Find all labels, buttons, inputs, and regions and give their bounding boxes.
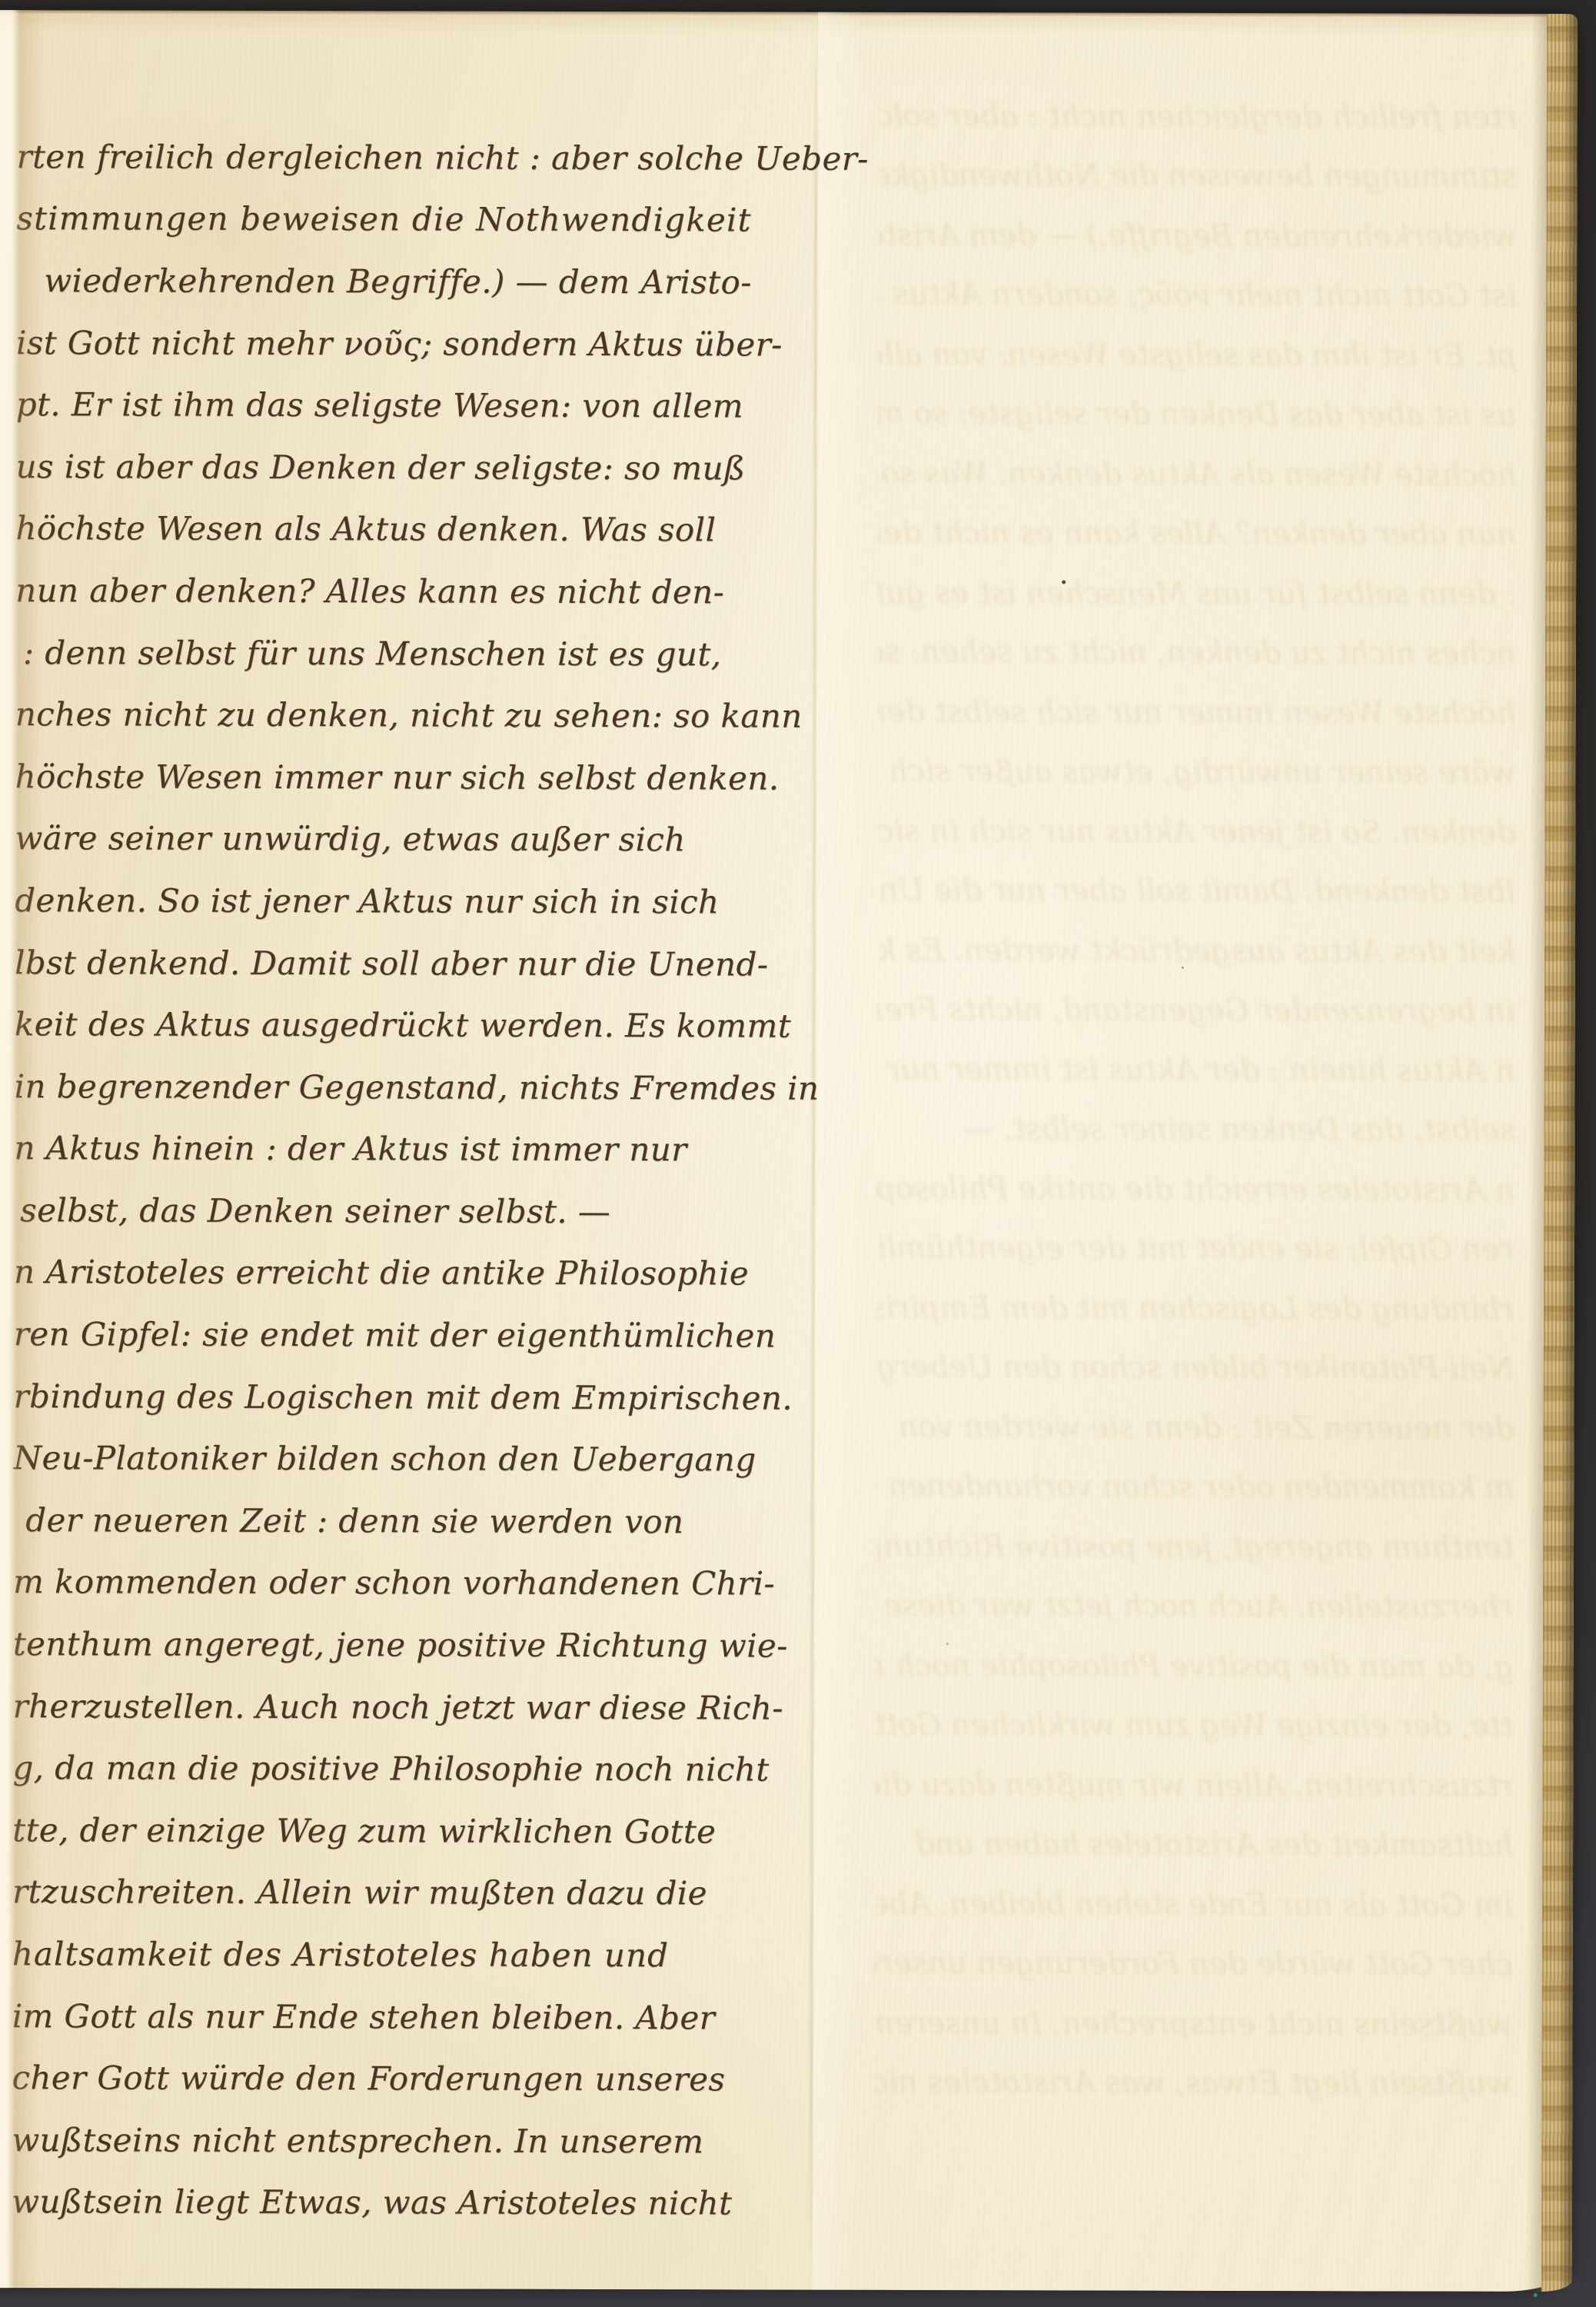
manuscript-line: keit des Aktus ausgedrückt werden. Es ko…	[15, 993, 830, 1057]
manuscript-line: ren Gipfel: sie endet mit der eigenthüml…	[14, 1303, 829, 1367]
ink-speck	[1182, 967, 1184, 969]
show-through-line: nun aber denken? Alles kann es nicht den…	[878, 503, 1516, 564]
show-through-line: rbindung des Logischen mit dem Empirisch…	[876, 1278, 1515, 1340]
manuscript-line: rtzuschreiten. Allein wir mußten dazu di…	[12, 1861, 827, 1925]
manuscript-line: rbindung des Logischen mit dem Empirisch…	[13, 1365, 828, 1429]
show-through-line: im Gott als nur Ende stehen bleiben. Abe…	[875, 1874, 1513, 1936]
manuscript-line: im Gott als nur Ende stehen bleiben. Abe…	[12, 1985, 827, 2049]
manuscript-line: m kommenden oder schon vorhandenen Chri-	[13, 1551, 828, 1615]
manuscript-line: rten freilich dergleichen nicht : aber s…	[16, 125, 831, 189]
show-through-line: tenthum angeregt, jene positive Richtung…	[876, 1516, 1514, 1578]
green-speck	[1534, 2293, 1538, 2297]
show-through-line: us ist aber das Denken der seligste: so …	[879, 384, 1517, 445]
show-through-ghost-text: rten freilich dergleichen nicht : aber s…	[874, 86, 1517, 2114]
manuscript-line: ist Gott nicht mehr νοῦς; sondern Aktus …	[16, 311, 831, 375]
manuscript-line: wiederkehrenden Begriffe.) — dem Aristo-	[44, 249, 831, 313]
manuscript-scan: rten freilich dergleichen nicht : aber s…	[0, 0, 1596, 2307]
show-through-line: denken. So ist jener Aktus nur sich in s…	[877, 801, 1515, 863]
manuscript-line: wußtsein liegt Etwas, was Aristoteles ni…	[12, 2171, 826, 2235]
manuscript-line: n Aktus hinein : der Aktus ist immer nur	[14, 1117, 829, 1181]
manuscript-line: lbst denkend. Damit soll aber nur die Un…	[15, 931, 830, 995]
show-through-line: rtzuschreiten. Allein wir mußten dazu di…	[875, 1755, 1513, 1816]
show-through-line: keit des Aktus ausgedrückt werden. Es ko…	[877, 920, 1515, 982]
ink-speck	[1062, 580, 1066, 584]
show-through-line: m kommenden oder schon vorhandenen Chri-	[876, 1456, 1514, 1518]
show-through-line: tte, der einzige Weg zum wirklichen Gott…	[875, 1695, 1513, 1756]
show-through-line: in begrenzender Gegenstand, nichts Fremd…	[877, 980, 1515, 1041]
show-through-line: wäre seiner unwürdig, etwas außer sich	[877, 741, 1515, 803]
manuscript-line: höchste Wesen als Aktus denken. Was soll	[15, 498, 830, 561]
manuscript-line: nches nicht zu denken, nicht zu sehen: s…	[15, 683, 830, 747]
manuscript-text-block: rten freilich dergleichen nicht : aber s…	[12, 125, 832, 2235]
manuscript-line: haltsamkeit des Aristoteles haben und	[12, 1922, 827, 1986]
manuscript-line: : denn selbst für uns Menschen ist es gu…	[23, 621, 830, 685]
manuscript-line: rherzustellen. Auch noch jetzt war diese…	[13, 1675, 828, 1739]
manuscript-line: wußtseins nicht entsprechen. In unserem	[12, 2109, 826, 2172]
show-through-line: Neu-Platoniker bilden schon den Uebergan…	[876, 1337, 1515, 1399]
manuscript-line: g, da man die positive Philosophie noch …	[12, 1737, 827, 1801]
show-through-line: wußtsein liegt Etwas, was Aristoteles ni…	[874, 2052, 1512, 2114]
gutter-shading	[0, 10, 49, 2288]
manuscript-line: nun aber denken? Alles kann es nicht den…	[15, 559, 830, 623]
show-through-line: stimmungen beweisen die Nothwendigkeit	[879, 145, 1517, 207]
show-through-line: haltsamkeit des Aristoteles haben und	[875, 1814, 1513, 1876]
show-through-line: ist Gott nicht mehr νοῦς; sondern Aktus …	[879, 265, 1517, 326]
show-through-line: g, da man die positive Philosophie noch …	[876, 1636, 1514, 1697]
ink-speck	[946, 1643, 949, 1645]
manuscript-line: pt. Er ist ihm das seligste Wesen: von a…	[16, 374, 831, 438]
fore-edge	[1541, 14, 1578, 2292]
show-through-line: n Aktus hinein : der Aktus ist immer nur	[877, 1040, 1515, 1101]
manuscript-page: rten freilich dergleichen nicht : aber s…	[0, 10, 1578, 2292]
manuscript-line: selbst, das Denken seiner selbst. —	[20, 1179, 829, 1243]
show-through-line: wiederkehrenden Begriffe.) — dem Aristo-	[879, 205, 1517, 267]
show-through-line: cher Gott würde den Forderungen unseres	[875, 1933, 1513, 1995]
show-through-line: der neueren Zeit : denn sie werden von	[876, 1397, 1514, 1459]
manuscript-line: Neu-Platoniker bilden schon den Uebergan…	[13, 1427, 828, 1491]
manuscript-line: us ist aber das Denken der seligste: so …	[15, 435, 830, 499]
show-through-line: selbst, das Denken seiner selbst. —	[876, 1099, 1515, 1160]
show-through-line: rherzustellen. Auch noch jetzt war diese…	[876, 1576, 1514, 1637]
show-through-line: höchste Wesen immer nur sich selbst denk…	[878, 682, 1516, 744]
manuscript-line: in begrenzender Gegenstand, nichts Fremd…	[14, 1055, 829, 1119]
show-through-line: : denn selbst für uns Menschen ist es gu…	[878, 563, 1516, 624]
manuscript-line: stimmungen beweisen die Nothwendigkeit	[16, 188, 831, 251]
manuscript-line: höchste Wesen immer nur sich selbst denk…	[15, 745, 830, 809]
show-through-line: lbst denkend. Damit soll aber nur die Un…	[877, 861, 1515, 922]
show-through-line: höchste Wesen als Aktus denken. Was soll	[878, 444, 1516, 505]
manuscript-line: tenthum angeregt, jene positive Richtung…	[13, 1613, 828, 1676]
show-through-line: wußtseins nicht entsprechen. In unserem	[875, 1993, 1513, 2055]
manuscript-line: tte, der einzige Weg zum wirklichen Gott…	[12, 1799, 827, 1863]
show-through-line: ren Gipfel: sie endet mit der eigenthüml…	[876, 1218, 1515, 1280]
ink-speck	[667, 275, 670, 278]
show-through-line: pt. Er ist ihm das seligste Wesen: von a…	[879, 325, 1517, 386]
top-edge-stain	[0, 10, 1550, 37]
manuscript-line: cher Gott würde den Forderungen unseres	[12, 2047, 826, 2111]
manuscript-line: der neueren Zeit : denn sie werden von	[25, 1489, 828, 1553]
show-through-line: n Aristoteles erreicht die antike Philos…	[876, 1159, 1515, 1220]
show-through-line: nches nicht zu denken, nicht zu sehen: s…	[878, 622, 1516, 684]
show-through-line: rten freilich dergleichen nicht : aber s…	[879, 86, 1518, 148]
manuscript-line: denken. So ist jener Aktus nur sich in s…	[15, 869, 830, 933]
manuscript-line: wäre seiner unwürdig, etwas außer sich	[15, 807, 830, 871]
manuscript-line: n Aristoteles erreicht die antike Philos…	[14, 1241, 829, 1305]
